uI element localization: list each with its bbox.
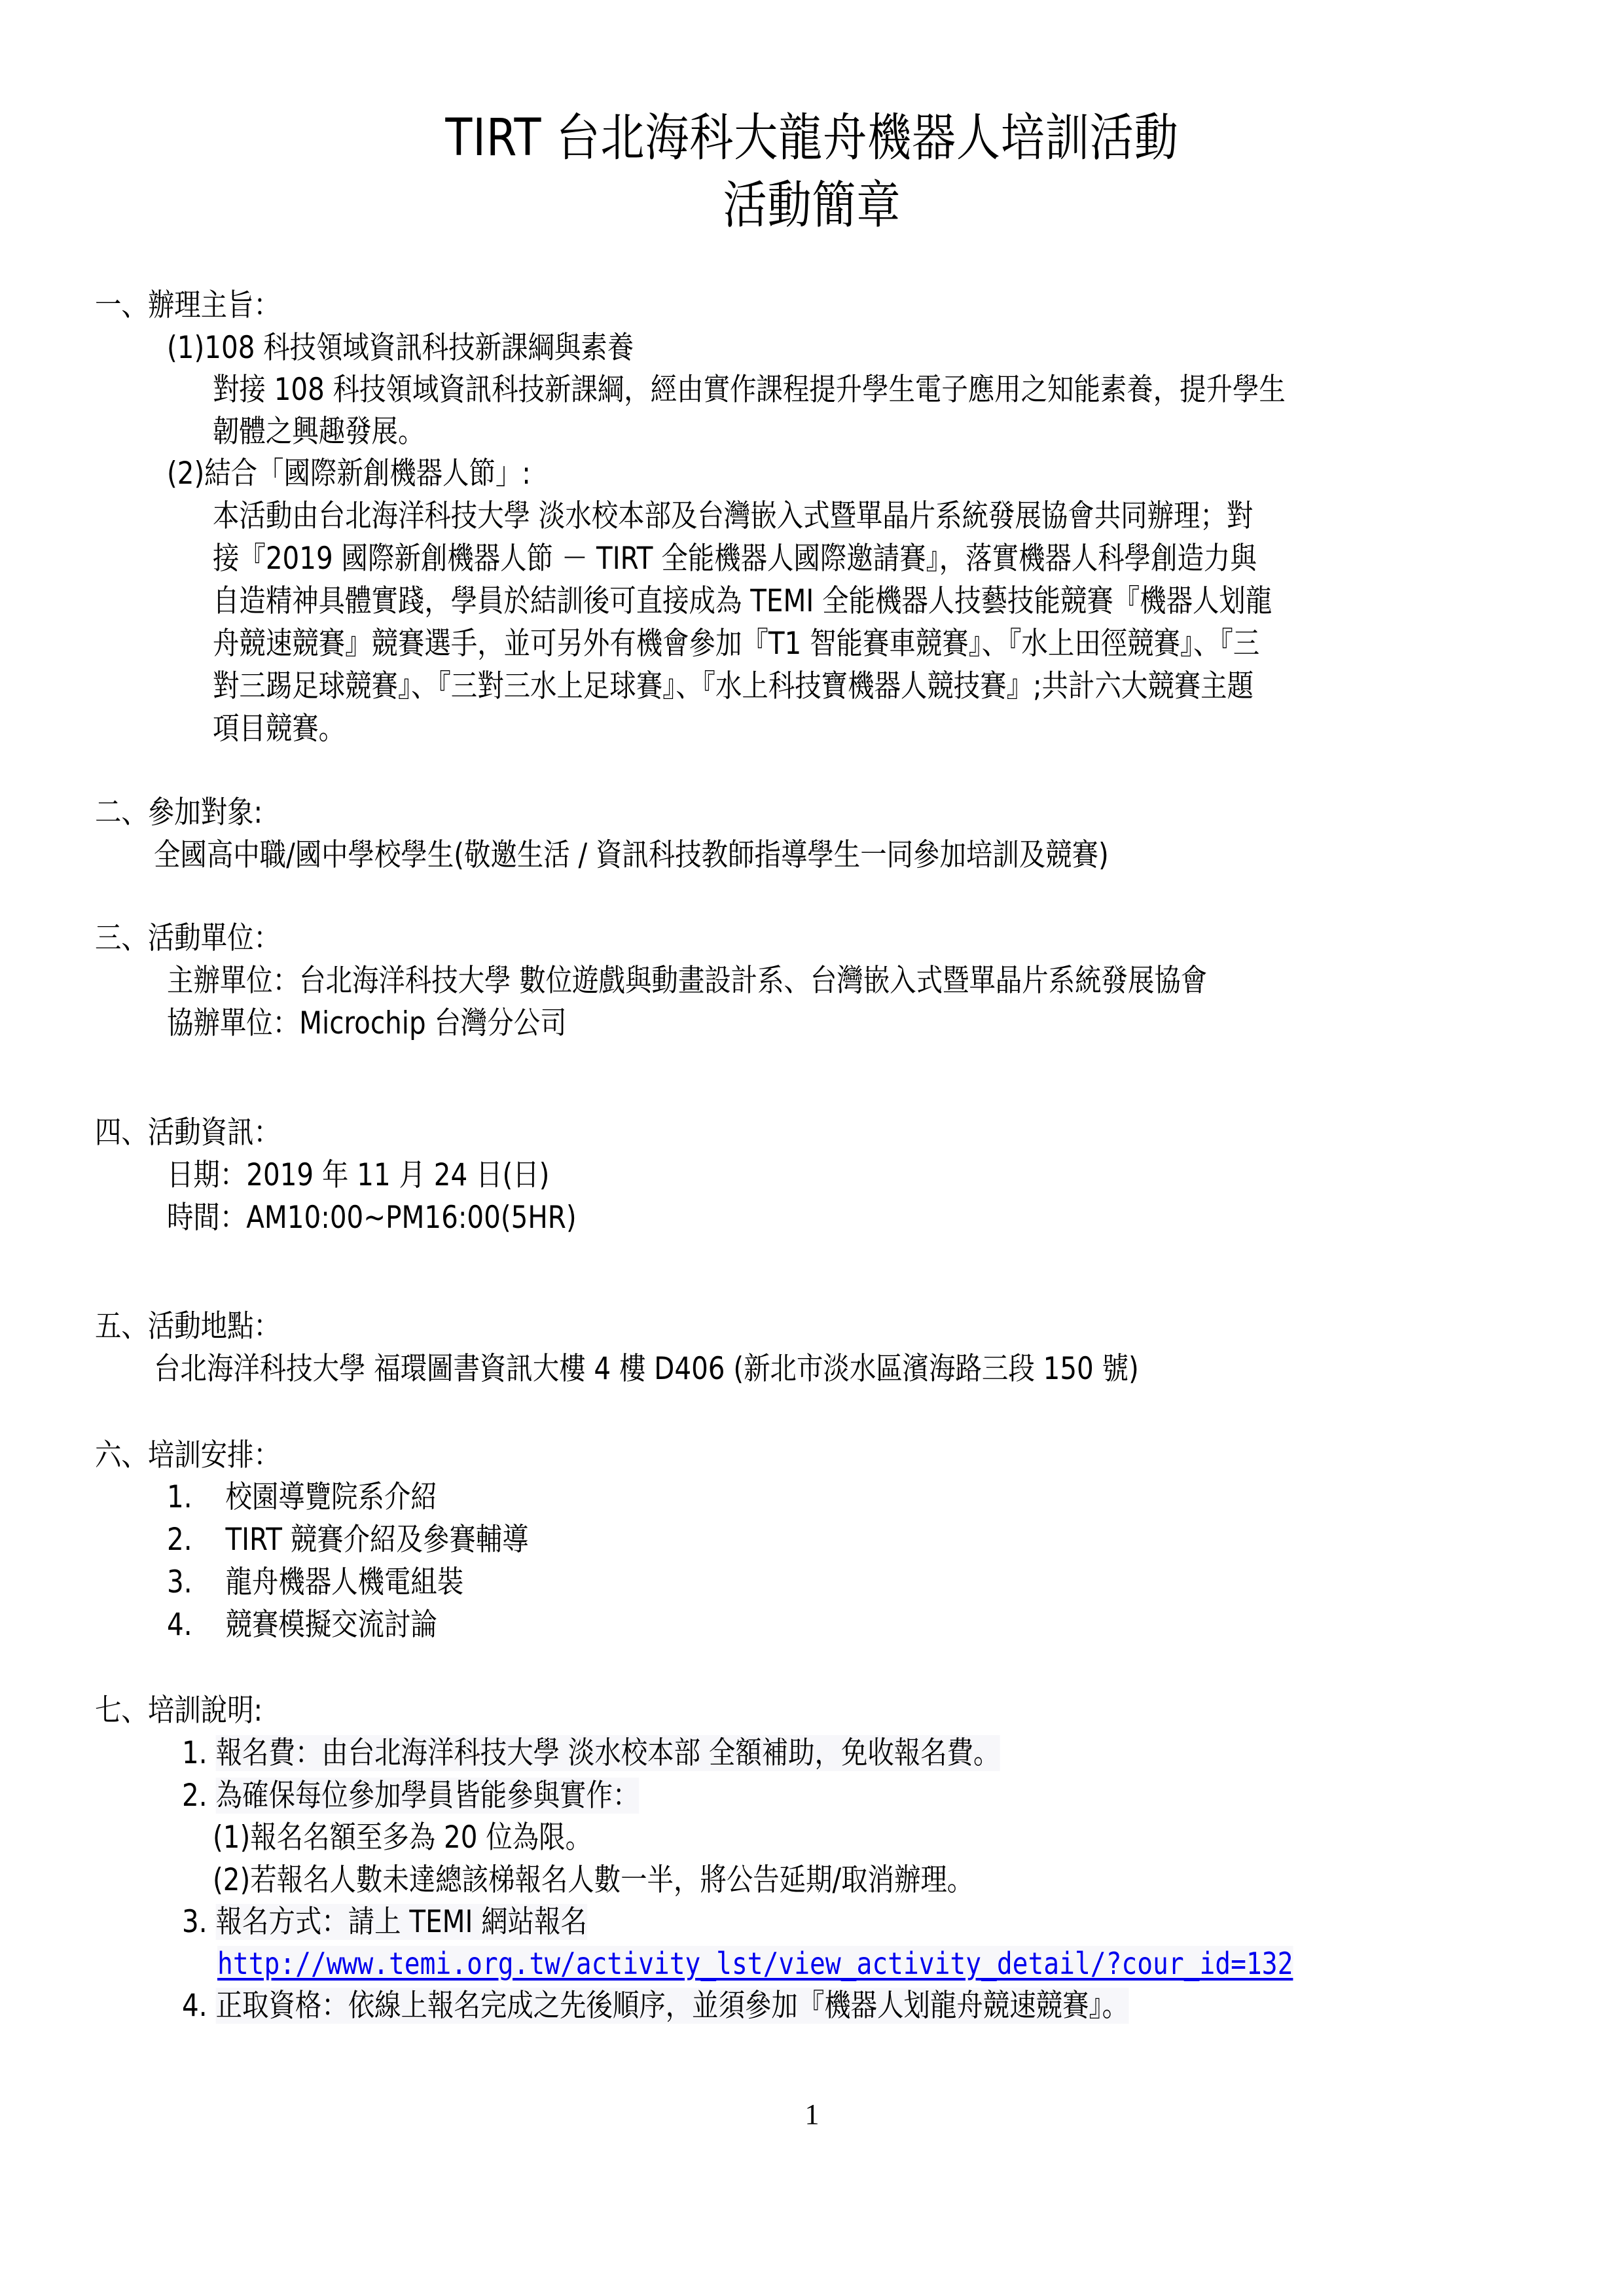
purpose-sub2-line: 舟競速競賽』競賽選手，並可另外有機會參加『T1 智能賽車競賽』、『水上田徑競賽』… (213, 628, 1259, 659)
section-heading-training-schedule: 六、培訓安排： (95, 1440, 280, 1471)
document-subtitle: 活動簡章 (114, 180, 1511, 231)
notes-item: 3.報名方式：請上 TEMI 網站報名 (182, 1907, 587, 1937)
schedule-item: 1.校園導覽院系介紹 (167, 1482, 437, 1513)
schedule-item-text: 校園導覽院系介紹 (225, 1479, 437, 1515)
schedule-item-number: 4. (167, 1609, 225, 1640)
schedule-item-number: 3. (167, 1567, 225, 1598)
notes-item-number: 2. (182, 1780, 216, 1811)
schedule-item-number: 1. (167, 1482, 225, 1513)
section-heading-organizers: 三、活動單位： (95, 923, 280, 954)
page-number: 1 (0, 2098, 1624, 2131)
notes-item-text: 正取資格：依線上報名完成之先後順序，並須參加『機器人划龍舟競速競賽』。 (216, 1988, 1128, 2024)
registration-link[interactable]: http://www.temi.org.tw/activity_lst/view… (217, 1946, 1293, 1981)
location-text: 台北海洋科技大學 福環圖書資訊大樓 4 樓 D406 (新北市淡水區濱海路三段 … (154, 1354, 1139, 1384)
organizer-text: 主辦單位：台北海洋科技大學 數位遊戲與動畫設計系、台灣嵌入式暨單晶片系統發展協會 (167, 965, 1207, 996)
notes-item-text: 報名費：由台北海洋科技大學 淡水校本部 全額補助，免收報名費。 (216, 1735, 1000, 1771)
purpose-sub2-line: 項目競賽。 (213, 713, 345, 744)
schedule-item: 2.TIRT 競賽介紹及參賽輔導 (167, 1524, 529, 1555)
purpose-sub2-heading: (2)結合「國際新創機器人節」: (167, 458, 531, 489)
purpose-sub2-line: 本活動由台北海洋科技大學 淡水校本部及台灣嵌入式暨單晶片系統發展協會共同辦理；對 (213, 501, 1253, 531)
schedule-item: 4.競賽模擬交流討論 (167, 1609, 437, 1640)
notes-item: 2.為確保每位參加學員皆能參與實作： (182, 1780, 639, 1811)
co-organizer-text: 協辦單位：Microchip 台灣分公司 (167, 1008, 567, 1039)
purpose-sub1-line: 韌體之興趣發展。 (213, 416, 424, 447)
notes-subitem: (2)若報名人數未達總該梯報名人數一半，將公告延期/取消辦理。 (213, 1865, 973, 1895)
section-heading-location: 五、活動地點： (95, 1311, 280, 1342)
notes-item-text: 為確保每位參加學員皆能參與實作： (216, 1778, 640, 1814)
schedule-item-text: TIRT 競賽介紹及參賽輔導 (225, 1522, 528, 1558)
purpose-sub2-line: 對三踢足球競賽』、『三對三水上足球賽』、『水上科技寶機器人競技賽』;共計六大競賽… (213, 671, 1254, 702)
notes-item-number: 3. (182, 1907, 216, 1937)
event-date: 日期：2019 年 11 月 24 日(日) (167, 1160, 549, 1191)
notes-item: 4.正取資格：依線上報名完成之先後順序，並須參加『機器人划龍舟競速競賽』。 (182, 1990, 1128, 2021)
purpose-sub1-heading: (1)108 科技領域資訊科技新課綱與素養 (167, 332, 634, 363)
schedule-item-number: 2. (167, 1524, 225, 1555)
document-page: TIRT 台北海科大龍舟機器人培訓活動 活動簡章 一、辦理主旨： (1)108 … (0, 0, 1624, 2296)
section-heading-participants: 二、參加對象: (95, 797, 262, 828)
event-time: 時間：AM10:00~PM16:00(5HR) (167, 1202, 577, 1233)
purpose-sub1-line: 對接 108 科技領域資訊科技新課綱，經由實作課程提升學生電子應用之知能素養，提… (213, 374, 1286, 405)
section-heading-purpose: 一、辦理主旨： (95, 290, 280, 321)
purpose-sub2-line: 自造精神具體實踐，學員於結訓後可直接成為 TEMI 全能機器人技藝技能競賽『機器… (213, 586, 1272, 617)
section-heading-event-info: 四、活動資訊： (95, 1117, 280, 1148)
section-heading-training-notes: 七、培訓說明: (95, 1695, 262, 1726)
notes-item-text: 報名方式：請上 TEMI 網站報名 (216, 1904, 587, 1940)
notes-item: 1.報名費：由台北海洋科技大學 淡水校本部 全額補助，免收報名費。 (182, 1738, 1000, 1768)
document-title: TIRT 台北海科大龍舟機器人培訓活動 (114, 113, 1511, 164)
notes-item-number: 4. (182, 1990, 216, 2021)
purpose-sub2-line: 接『2019 國際新創機器人節 － TIRT 全能機器人國際邀請賽』，落實機器人… (213, 543, 1257, 574)
schedule-item-text: 龍舟機器人機電組裝 (225, 1564, 463, 1600)
notes-item-number: 1. (182, 1738, 216, 1768)
schedule-item: 3.龍舟機器人機電組裝 (167, 1567, 463, 1598)
registration-link-line: http://www.temi.org.tw/activity_lst/view… (217, 1948, 1293, 1979)
notes-subitem: (1)報名名額至多為 20 位為限。 (213, 1822, 592, 1853)
schedule-item-text: 競賽模擬交流討論 (225, 1607, 437, 1643)
participants-text: 全國高中職/國中學校學生(敬邀生活 / 資訊科技教師指導學生一同參加培訓及競賽) (154, 840, 1109, 870)
